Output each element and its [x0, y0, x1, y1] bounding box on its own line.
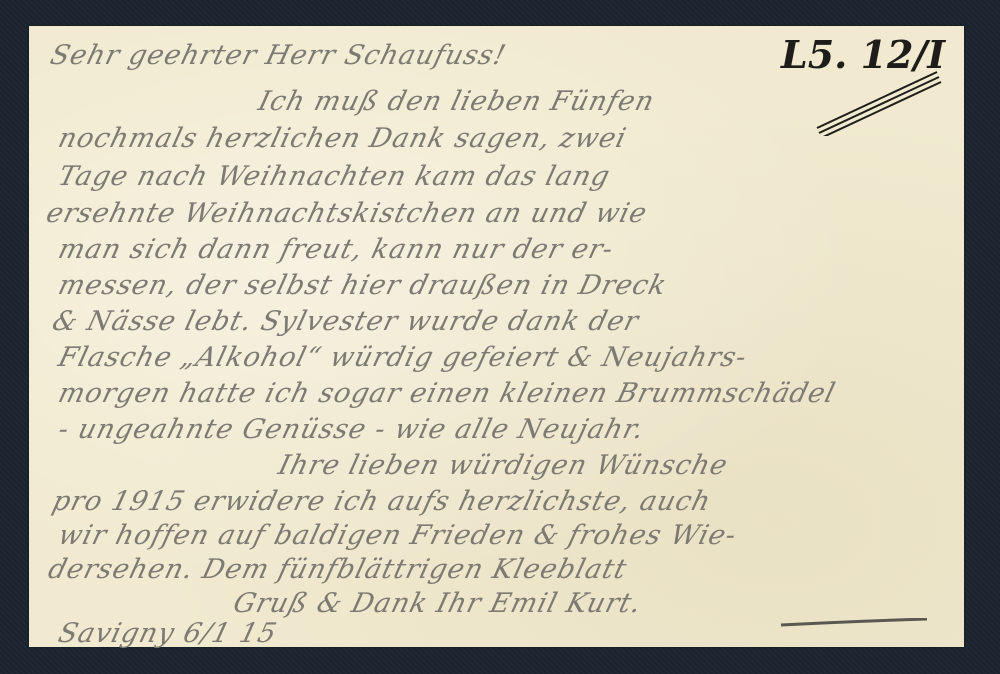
- triple-strike-lines: [815, 66, 945, 136]
- text-line: nochmals herzlichen Dank sagen, zwei: [55, 123, 630, 154]
- salutation-line: Sehr geehrter Herr Schaufuss!: [47, 40, 509, 71]
- text-line: messen, der selbst hier draußen in Dreck: [55, 270, 670, 301]
- postcard: Sehr geehrter Herr Schaufuss! Ich muß de…: [29, 26, 964, 647]
- text-line: Flasche „Alkohol“ würdig gefeiert & Neuj…: [55, 342, 750, 373]
- signature-underline: [779, 618, 929, 628]
- place-date-line: Savigny 6/1 15: [55, 618, 280, 649]
- text-line: & Nässe lebt. Sylvester wurde dank der: [49, 306, 642, 337]
- closing-signature-line: Gruß & Dank Ihr Emil Kurt.: [230, 588, 645, 619]
- text-line: Ihre lieben würdigen Wünsche: [275, 450, 731, 481]
- text-line: morgen hatte ich sogar einen kleinen Bru…: [55, 378, 839, 409]
- text-line: - ungeahnte Genüsse - wie alle Neujahr.: [55, 414, 648, 445]
- text-line: wir hoffen auf baldigen Frieden & frohes…: [55, 520, 740, 551]
- text-line: man sich dann freut, kann nur der er-: [55, 234, 617, 265]
- text-line: ersehnte Weihnachtskistchen an und wie: [43, 198, 651, 229]
- text-line: Ich muß den lieben Fünfen: [255, 86, 658, 117]
- text-line: pro 1915 erwidere ich aufs herzlichste, …: [49, 486, 714, 517]
- text-line: Tage nach Weihnachten kam das lang: [55, 161, 613, 192]
- text-line: dersehen. Dem fünfblättrigen Kleeblatt: [45, 554, 630, 585]
